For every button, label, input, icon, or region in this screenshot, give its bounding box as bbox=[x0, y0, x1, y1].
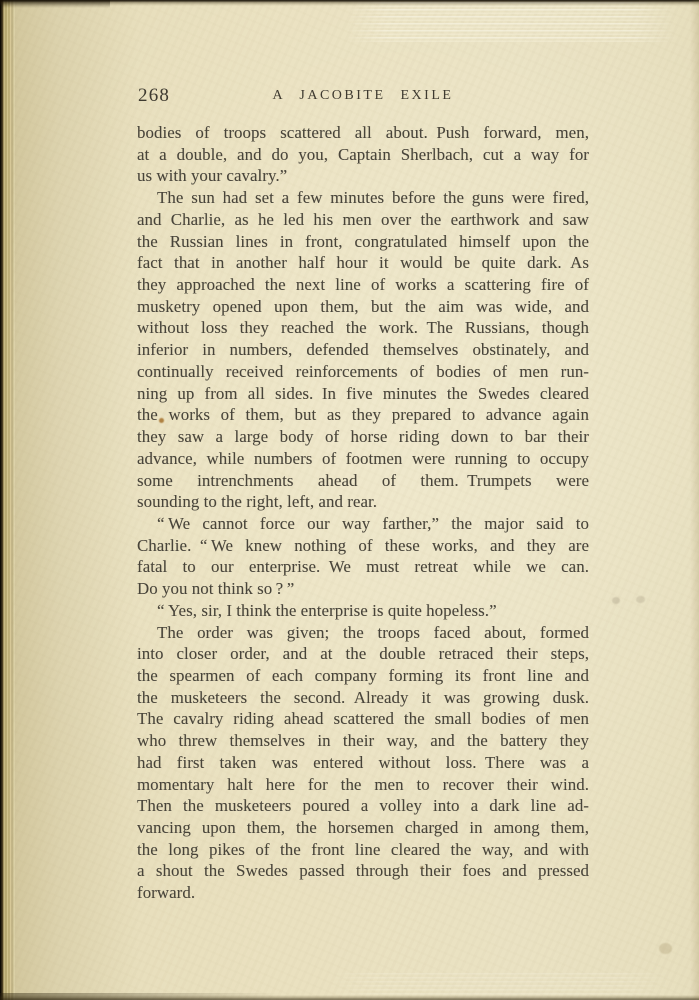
text-line: who threw themselves in their way, and t… bbox=[137, 730, 589, 752]
right-scan-edge bbox=[690, 0, 699, 1000]
text-line: without loss they reached the work. The … bbox=[137, 317, 589, 339]
text-line: into closer order, and at the double ret… bbox=[137, 643, 589, 665]
body-text: bodies of troops scattered all about. Pu… bbox=[137, 122, 589, 904]
text-line: had first taken was entered without loss… bbox=[137, 752, 589, 774]
text-line: forward. bbox=[137, 882, 589, 904]
paper-speck bbox=[636, 596, 645, 603]
text-line: The cavalry riding ahead scattered the s… bbox=[137, 708, 589, 730]
spine-shadow bbox=[15, 0, 140, 1000]
text-line: the works of them, but as they prepared … bbox=[137, 404, 589, 426]
text-line: The sun had set a few minutes before the… bbox=[137, 187, 589, 209]
text-line: inferior in numbers, defended themselves… bbox=[137, 339, 589, 361]
text-line: “ Yes, sir, I think the enterprise is qu… bbox=[137, 600, 589, 622]
text-line: they saw a large body of horse riding do… bbox=[137, 426, 589, 448]
paper-speck bbox=[612, 597, 620, 604]
text-line: fact that in another half hour it would … bbox=[137, 252, 589, 274]
text-line: ning up from all sides. In five minutes … bbox=[137, 383, 589, 405]
printed-text-block: 268 A JACOBITE EXILE bodies of troops sc… bbox=[137, 85, 589, 107]
text-line: continually received reinforcements of b… bbox=[137, 361, 589, 383]
text-line: “ We cannot force our way farther,” the … bbox=[137, 513, 589, 535]
top-left-scan-edge bbox=[0, 0, 110, 8]
paper-speck bbox=[420, 866, 423, 869]
text-line: Then the musketeers poured a volley into… bbox=[137, 795, 589, 817]
text-line: the musketeers the second. Already it wa… bbox=[137, 687, 589, 709]
text-line: and Charlie, as he led his men over the … bbox=[137, 209, 589, 231]
bottom-left-scan-edge bbox=[0, 993, 280, 1000]
book-spine-page-edges bbox=[0, 0, 15, 1000]
text-line: fatal to our enterprise. We must retreat… bbox=[137, 556, 589, 578]
text-line: a shout the Swedes passed through their … bbox=[137, 860, 589, 882]
text-line: bodies of troops scattered all about. Pu… bbox=[137, 122, 589, 144]
text-line: Do you not think so ? ” bbox=[137, 578, 589, 600]
text-line: some intrenchments ahead of them. Trumpe… bbox=[137, 470, 589, 492]
running-title: A JACOBITE EXILE bbox=[137, 85, 589, 104]
text-line: vancing upon them, the horsemen charged … bbox=[137, 817, 589, 839]
text-line: the spearmen of each company forming its… bbox=[137, 665, 589, 687]
text-line: musketry opened upon them, but the aim w… bbox=[137, 296, 589, 318]
page-number: 268 bbox=[138, 85, 170, 107]
page-header: 268 A JACOBITE EXILE bbox=[137, 85, 589, 107]
paper-speck bbox=[659, 943, 672, 954]
text-line: momentary halt here for the men to recov… bbox=[137, 774, 589, 796]
top-page-edge-streaks bbox=[346, 2, 676, 42]
text-line: us with your cavalry.” bbox=[137, 165, 589, 187]
text-line: the long pikes of the front line cleared… bbox=[137, 839, 589, 861]
text-line: The order was given; the troops faced ab… bbox=[137, 622, 589, 644]
text-line: sounding to the right, left, and rear. bbox=[137, 491, 589, 513]
text-line: Charlie. “ We knew nothing of these work… bbox=[137, 535, 589, 557]
paper-speck bbox=[159, 418, 164, 423]
text-line: they approached the next line of works a… bbox=[137, 274, 589, 296]
text-line: the Russian lines in front, congratulate… bbox=[137, 231, 589, 253]
bottom-page-edge-streaks bbox=[330, 973, 670, 997]
text-line: advance, while numbers of footmen were r… bbox=[137, 448, 589, 470]
text-line: at a double, and do you, Captain Sherlba… bbox=[137, 144, 589, 166]
